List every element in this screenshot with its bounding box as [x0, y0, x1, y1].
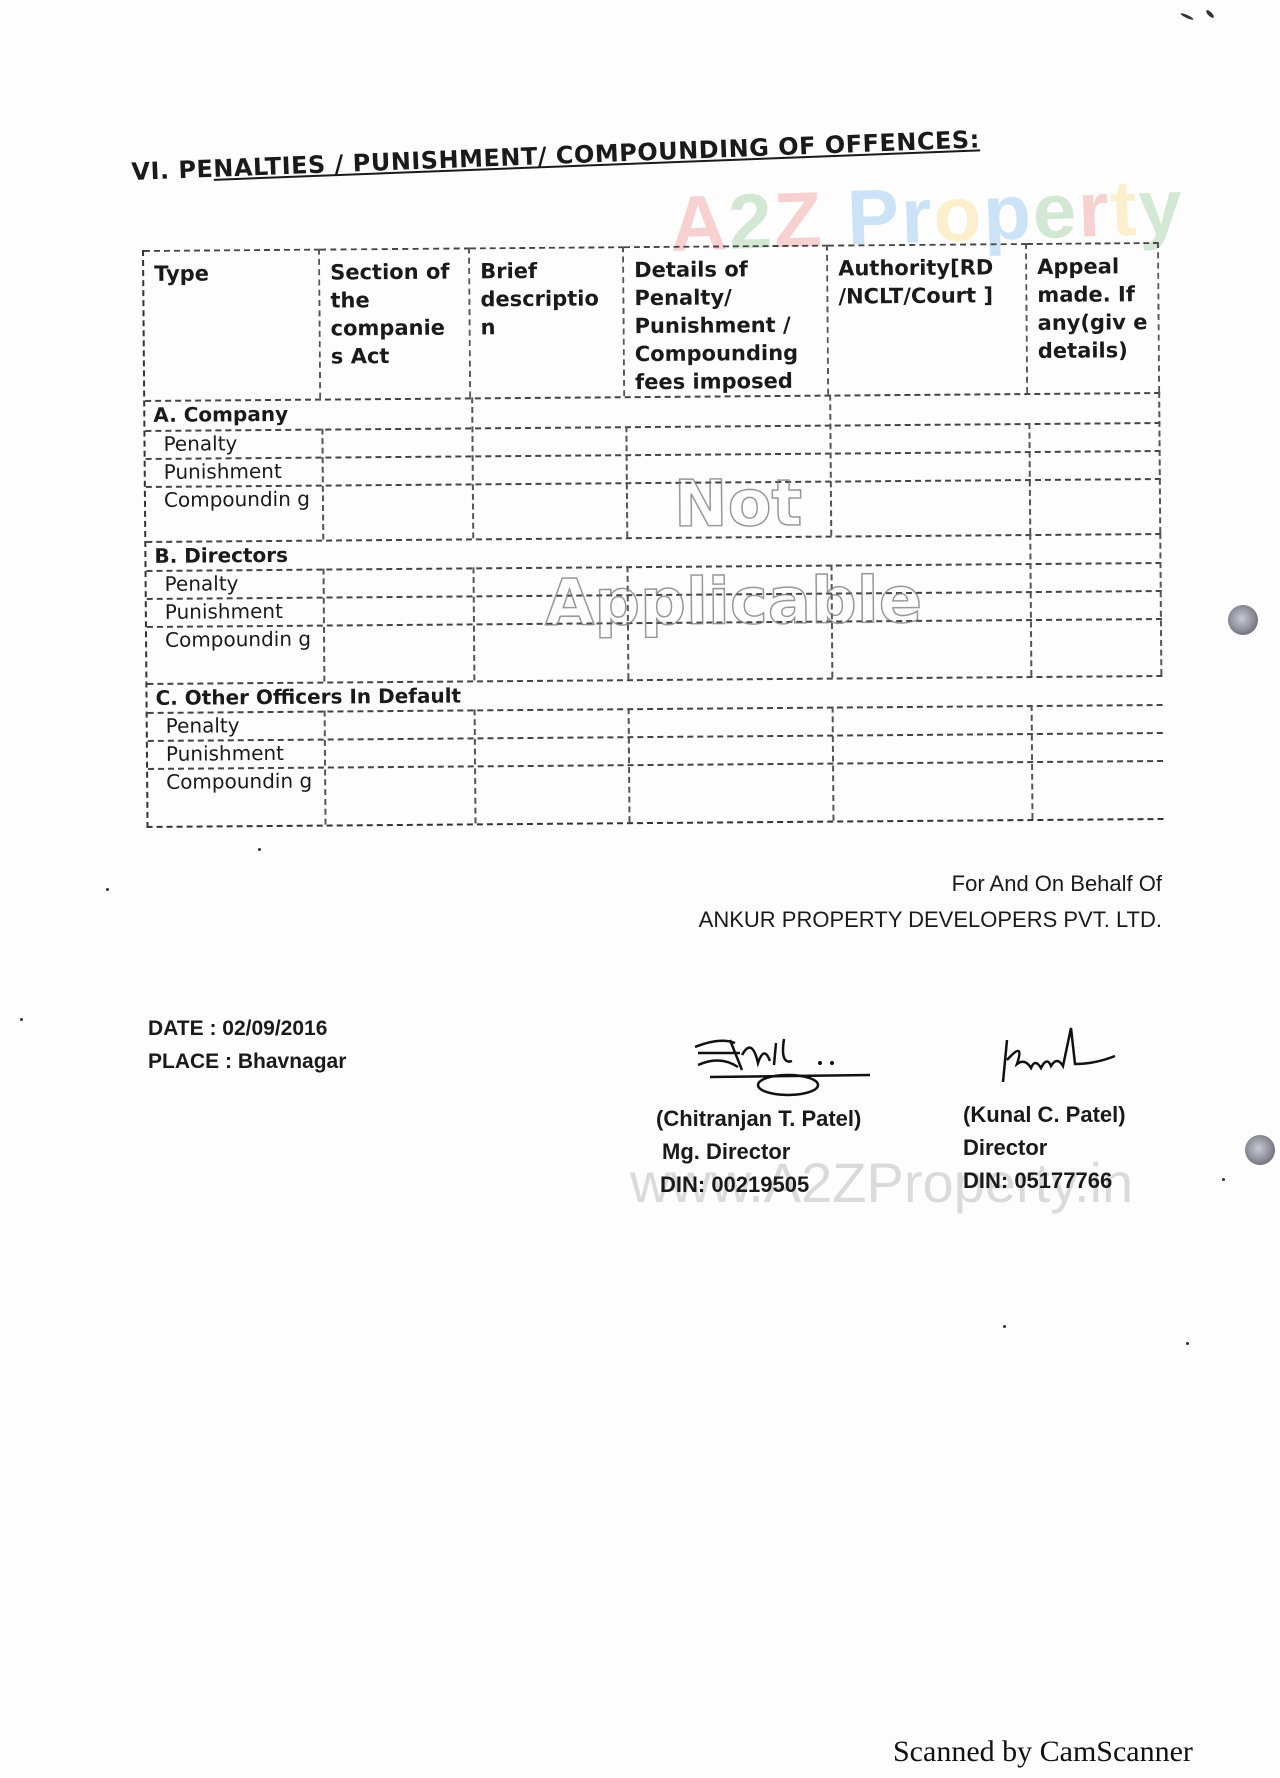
section-directors: B. Directors — [154, 543, 288, 568]
row-label-penalty: Penalty — [166, 713, 240, 738]
row-divider — [146, 450, 1161, 460]
signatory-2-designation: Director — [963, 1131, 1126, 1164]
punch-hole — [1245, 1135, 1275, 1165]
row-divider — [146, 533, 1161, 543]
scanner-footer: Scanned by CamScanner — [893, 1735, 1193, 1769]
scan-speck — [1186, 1342, 1189, 1345]
scan-speck — [20, 1018, 23, 1021]
row-label-punishment: Punishment — [166, 741, 284, 766]
col-divider — [471, 397, 474, 538]
header-type: Type — [144, 249, 321, 400]
place-value: Bhavnagar — [238, 1050, 347, 1073]
header-authority: Authority[RD /NCLT/Court ] — [828, 243, 1028, 395]
col-divider — [321, 429, 324, 540]
stamp-applicable: Applicable — [545, 564, 923, 641]
row-label-punishment: Punishment — [165, 599, 283, 624]
signatory-1: (Chitranjan T. Patel) Mg. Director DIN: … — [656, 1102, 861, 1201]
row-label-compounding: Compoundin g — [164, 487, 314, 512]
row-divider — [147, 675, 1162, 685]
col-divider — [829, 395, 832, 536]
row-label-penalty: Penalty — [165, 571, 239, 596]
watermark-letter: t — [1109, 163, 1140, 255]
signatory-1-name: (Chitranjan T. Patel) — [656, 1102, 861, 1135]
scan-speck — [1205, 9, 1215, 19]
row-label-penalty: Penalty — [163, 431, 237, 456]
section-company: A. Company — [153, 402, 288, 427]
scan-speck — [106, 888, 109, 891]
behalf-line-1: For And On Behalf Of — [952, 866, 1162, 902]
col-divider — [1158, 392, 1161, 533]
col-divider — [323, 569, 326, 682]
row-label-punishment: Punishment — [164, 459, 282, 484]
col-divider — [628, 708, 631, 822]
scan-speck — [1180, 12, 1194, 21]
signatory-2-name: (Kunal C. Patel) — [963, 1098, 1126, 1131]
behalf-company-name: ANKUR PROPERTY DEVELOPERS PVT. LTD. — [699, 902, 1162, 938]
header-appeal: Appeal made. If any(giv e details) — [1027, 242, 1160, 393]
col-divider — [473, 567, 476, 680]
date-value: 02/09/2016 — [222, 1017, 327, 1040]
stamp-not: Not — [674, 467, 803, 542]
row-label-compounding: Compoundin g — [165, 627, 315, 652]
row-divider — [148, 732, 1163, 742]
date-place: DATE : 02/09/2016 PLACE : Bhavnagar — [148, 1012, 346, 1078]
watermark-letter: y — [1137, 161, 1186, 254]
row-divider — [145, 422, 1160, 432]
signatory-2-din: DIN: 05177766 — [963, 1164, 1126, 1197]
date-label: DATE : — [148, 1017, 216, 1040]
row-label-compounding: Compoundin g — [166, 769, 316, 794]
penalties-table: Type Section of the companie s Act Brief… — [142, 242, 1164, 828]
col-divider — [832, 707, 835, 821]
col-divider — [1031, 705, 1034, 819]
scan-speck — [1222, 1178, 1225, 1181]
scan-speck — [1003, 1325, 1006, 1328]
header-brief-description: Brief descriptio n — [470, 246, 625, 397]
section-other-officers: C. Other Officers In Default — [155, 684, 461, 710]
signature-chitranjan — [680, 1025, 890, 1105]
col-divider — [1029, 534, 1032, 676]
signatory-1-designation: Mg. Director — [656, 1135, 861, 1168]
punch-hole — [1228, 605, 1258, 635]
signatory-1-din: DIN: 00219505 — [656, 1168, 861, 1201]
place-label: PLACE : — [148, 1050, 232, 1073]
signature-kunal — [995, 1020, 1145, 1090]
signatory-2: (Kunal C. Patel) Director DIN: 05177766 — [963, 1098, 1126, 1197]
col-divider — [625, 426, 628, 537]
col-divider — [324, 711, 327, 825]
col-divider — [1028, 423, 1031, 534]
section-title-prefix: VI. PE — [131, 155, 214, 186]
header-details: Details of Penalty/ Punishment / Compoun… — [624, 245, 829, 397]
col-divider — [1159, 533, 1162, 675]
header-section: Section of the companie s Act — [320, 247, 471, 398]
scan-speck — [258, 848, 261, 851]
